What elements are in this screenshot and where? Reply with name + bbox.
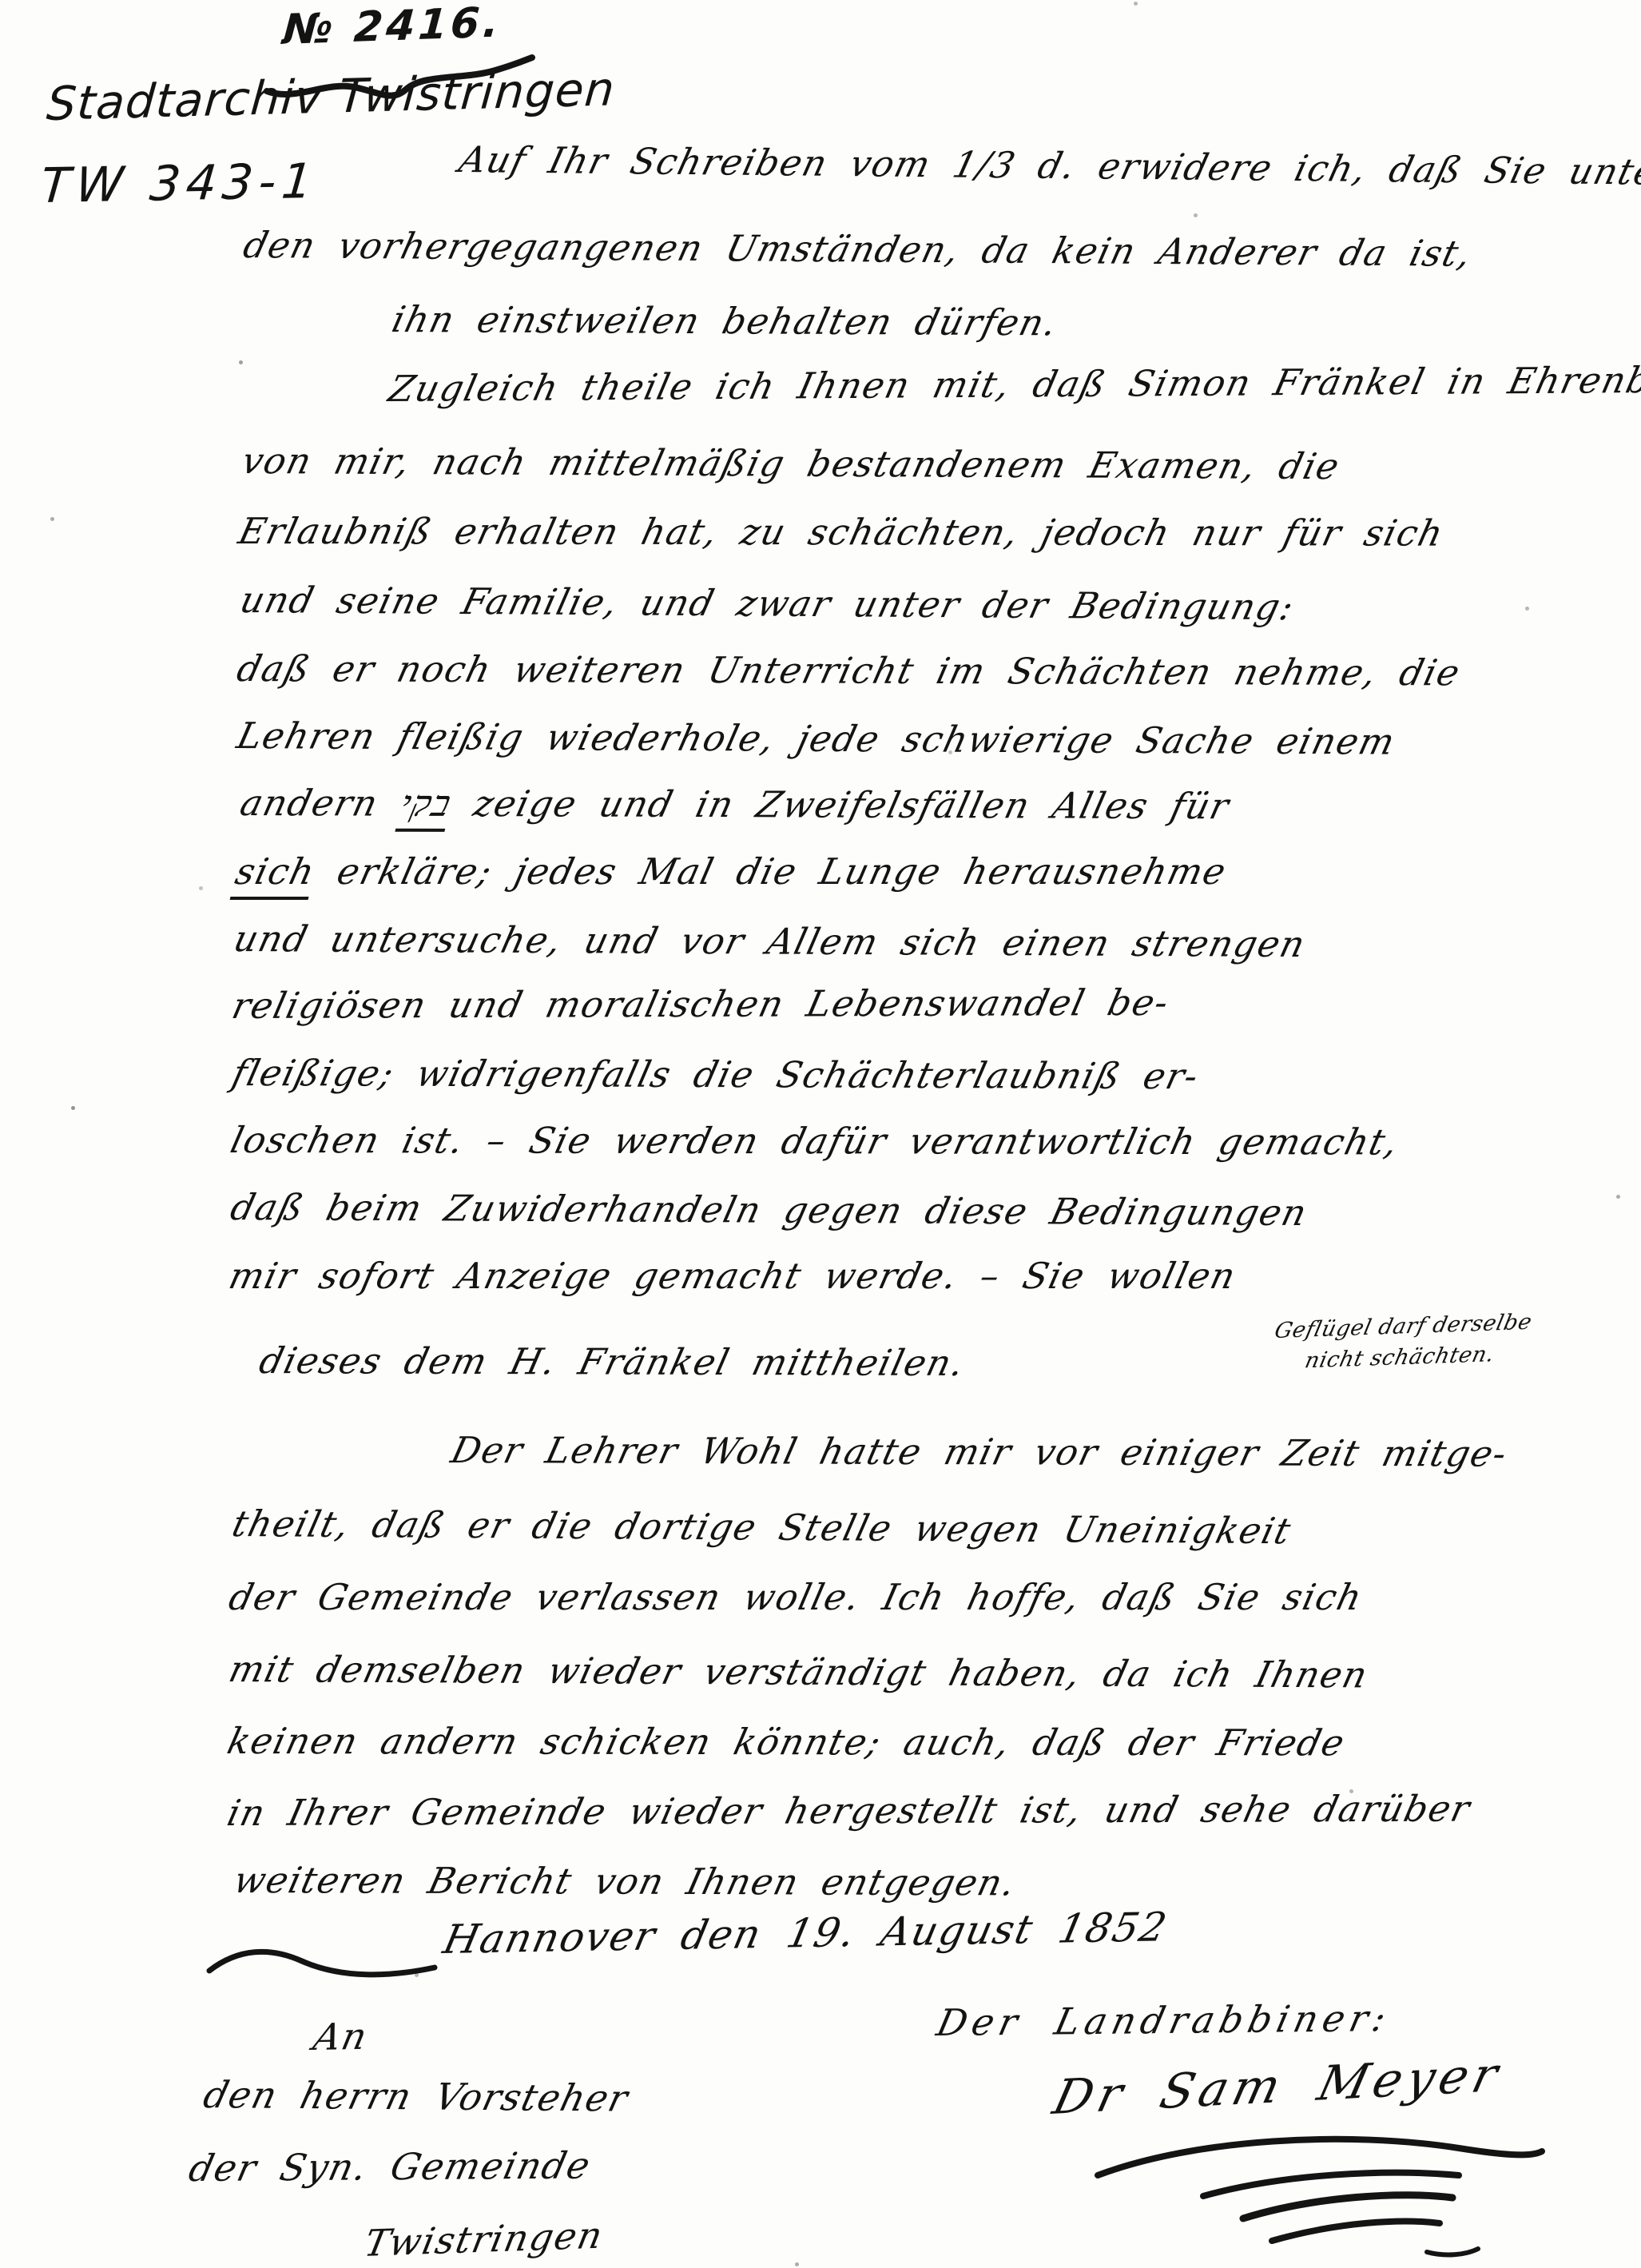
letter-line-segment: andern bbox=[236, 782, 407, 825]
letter-line: mir sofort Anzeige gemacht werde. – Sie … bbox=[225, 1256, 1240, 1296]
signature: Dr Sam Meyer bbox=[1048, 2048, 1508, 2124]
letter-line: Der Lehrer Wohl hatte mir vor einiger Ze… bbox=[447, 1430, 1512, 1474]
letter-line: den vorhergegangenen Umständen, da kein … bbox=[240, 225, 1476, 273]
signature-paraph bbox=[1083, 2116, 1547, 2260]
margin-note: Geflügel darf derselbe nicht schächten. bbox=[1265, 1307, 1535, 1378]
letter-line: Erlaubniß erhalten hat, zu schächten, je… bbox=[235, 511, 1448, 553]
letter-line: daß beim Zuwiderhandeln gegen diese Bedi… bbox=[227, 1188, 1311, 1233]
archive-name: Stadtarchiv Twistringen bbox=[45, 62, 618, 131]
letter-line-segment: zeige und in Zweifelsfällen Alles für bbox=[446, 782, 1234, 827]
address-line-3: der Syn. Gemeinde bbox=[185, 2146, 595, 2189]
address-line-2: den herrn Vorsteher bbox=[200, 2075, 633, 2119]
document-page: № 2416. Stadtarchiv Twistringen TW 343-1… bbox=[0, 0, 1641, 2268]
date-flourish bbox=[206, 1940, 438, 1988]
letter-line: andern בקי zeige und in Zweifelsfällen A… bbox=[236, 783, 1234, 826]
letter-line: und seine Familie, und zwar unter der Be… bbox=[236, 580, 1298, 627]
letter-line: Auf Ihr Schreiben vom 1/3 d. erwidere ic… bbox=[455, 140, 1641, 192]
letter-line: mit demselben wieder verständigt haben, … bbox=[225, 1649, 1372, 1695]
letter-line: dieses dem H. Fränkel mittheilen. bbox=[256, 1341, 969, 1383]
archive-ref: TW 343-1 bbox=[38, 153, 320, 214]
letter-line: religiösen und moralischen Lebenswandel … bbox=[228, 983, 1173, 1026]
letter-line: Lehren fleißig wiederhole, jede schwieri… bbox=[233, 716, 1400, 762]
letter-line: weiteren Bericht von Ihnen entgegen. bbox=[230, 1860, 1020, 1903]
address-line-1: An bbox=[310, 2016, 372, 2058]
letter-line: Zugleich theile ich Ihnen mit, daß Simon… bbox=[385, 360, 1641, 408]
letter-line: ihn einstweilen behalten dürfen. bbox=[388, 300, 1062, 343]
underlined-word: sich bbox=[230, 850, 320, 900]
letter-line: loschen ist. – Sie werden dafür verantwo… bbox=[227, 1120, 1403, 1162]
archive-number: № 2416. bbox=[281, 0, 503, 54]
letter-line: der Gemeinde verlassen wolle. Ich hoffe,… bbox=[225, 1578, 1366, 1617]
letter-line-segment: erkläre; jedes Mal die Lunge herausnehme bbox=[310, 850, 1231, 893]
address-line-4: Twistringen bbox=[361, 2215, 607, 2264]
letter-line: keinen andern schicken könnte; auch, daß… bbox=[224, 1721, 1349, 1763]
closing: Der Landrabbiner: bbox=[933, 1998, 1395, 2043]
letter-line: sich erkläre; jedes Mal die Lunge heraus… bbox=[232, 852, 1230, 892]
letter-line: von mir, nach mittelmäßig bestandenem Ex… bbox=[238, 441, 1344, 487]
scan-speckles bbox=[0, 0, 2, 2]
letter-line: daß er noch weiteren Unterricht im Schäc… bbox=[233, 649, 1464, 693]
dateline: Hannover den 19. August 1852 bbox=[439, 1905, 1171, 1962]
letter-line: fleißige; widrigenfalls die Schächterlau… bbox=[228, 1053, 1203, 1096]
letter-line: und untersuche, und vor Allem sich einen… bbox=[230, 919, 1309, 965]
letter-line: theilt, daß er die dortige Stelle wegen … bbox=[228, 1504, 1295, 1551]
letter-line: in Ihrer Gemeinde wieder hergestellt ist… bbox=[224, 1789, 1475, 1833]
